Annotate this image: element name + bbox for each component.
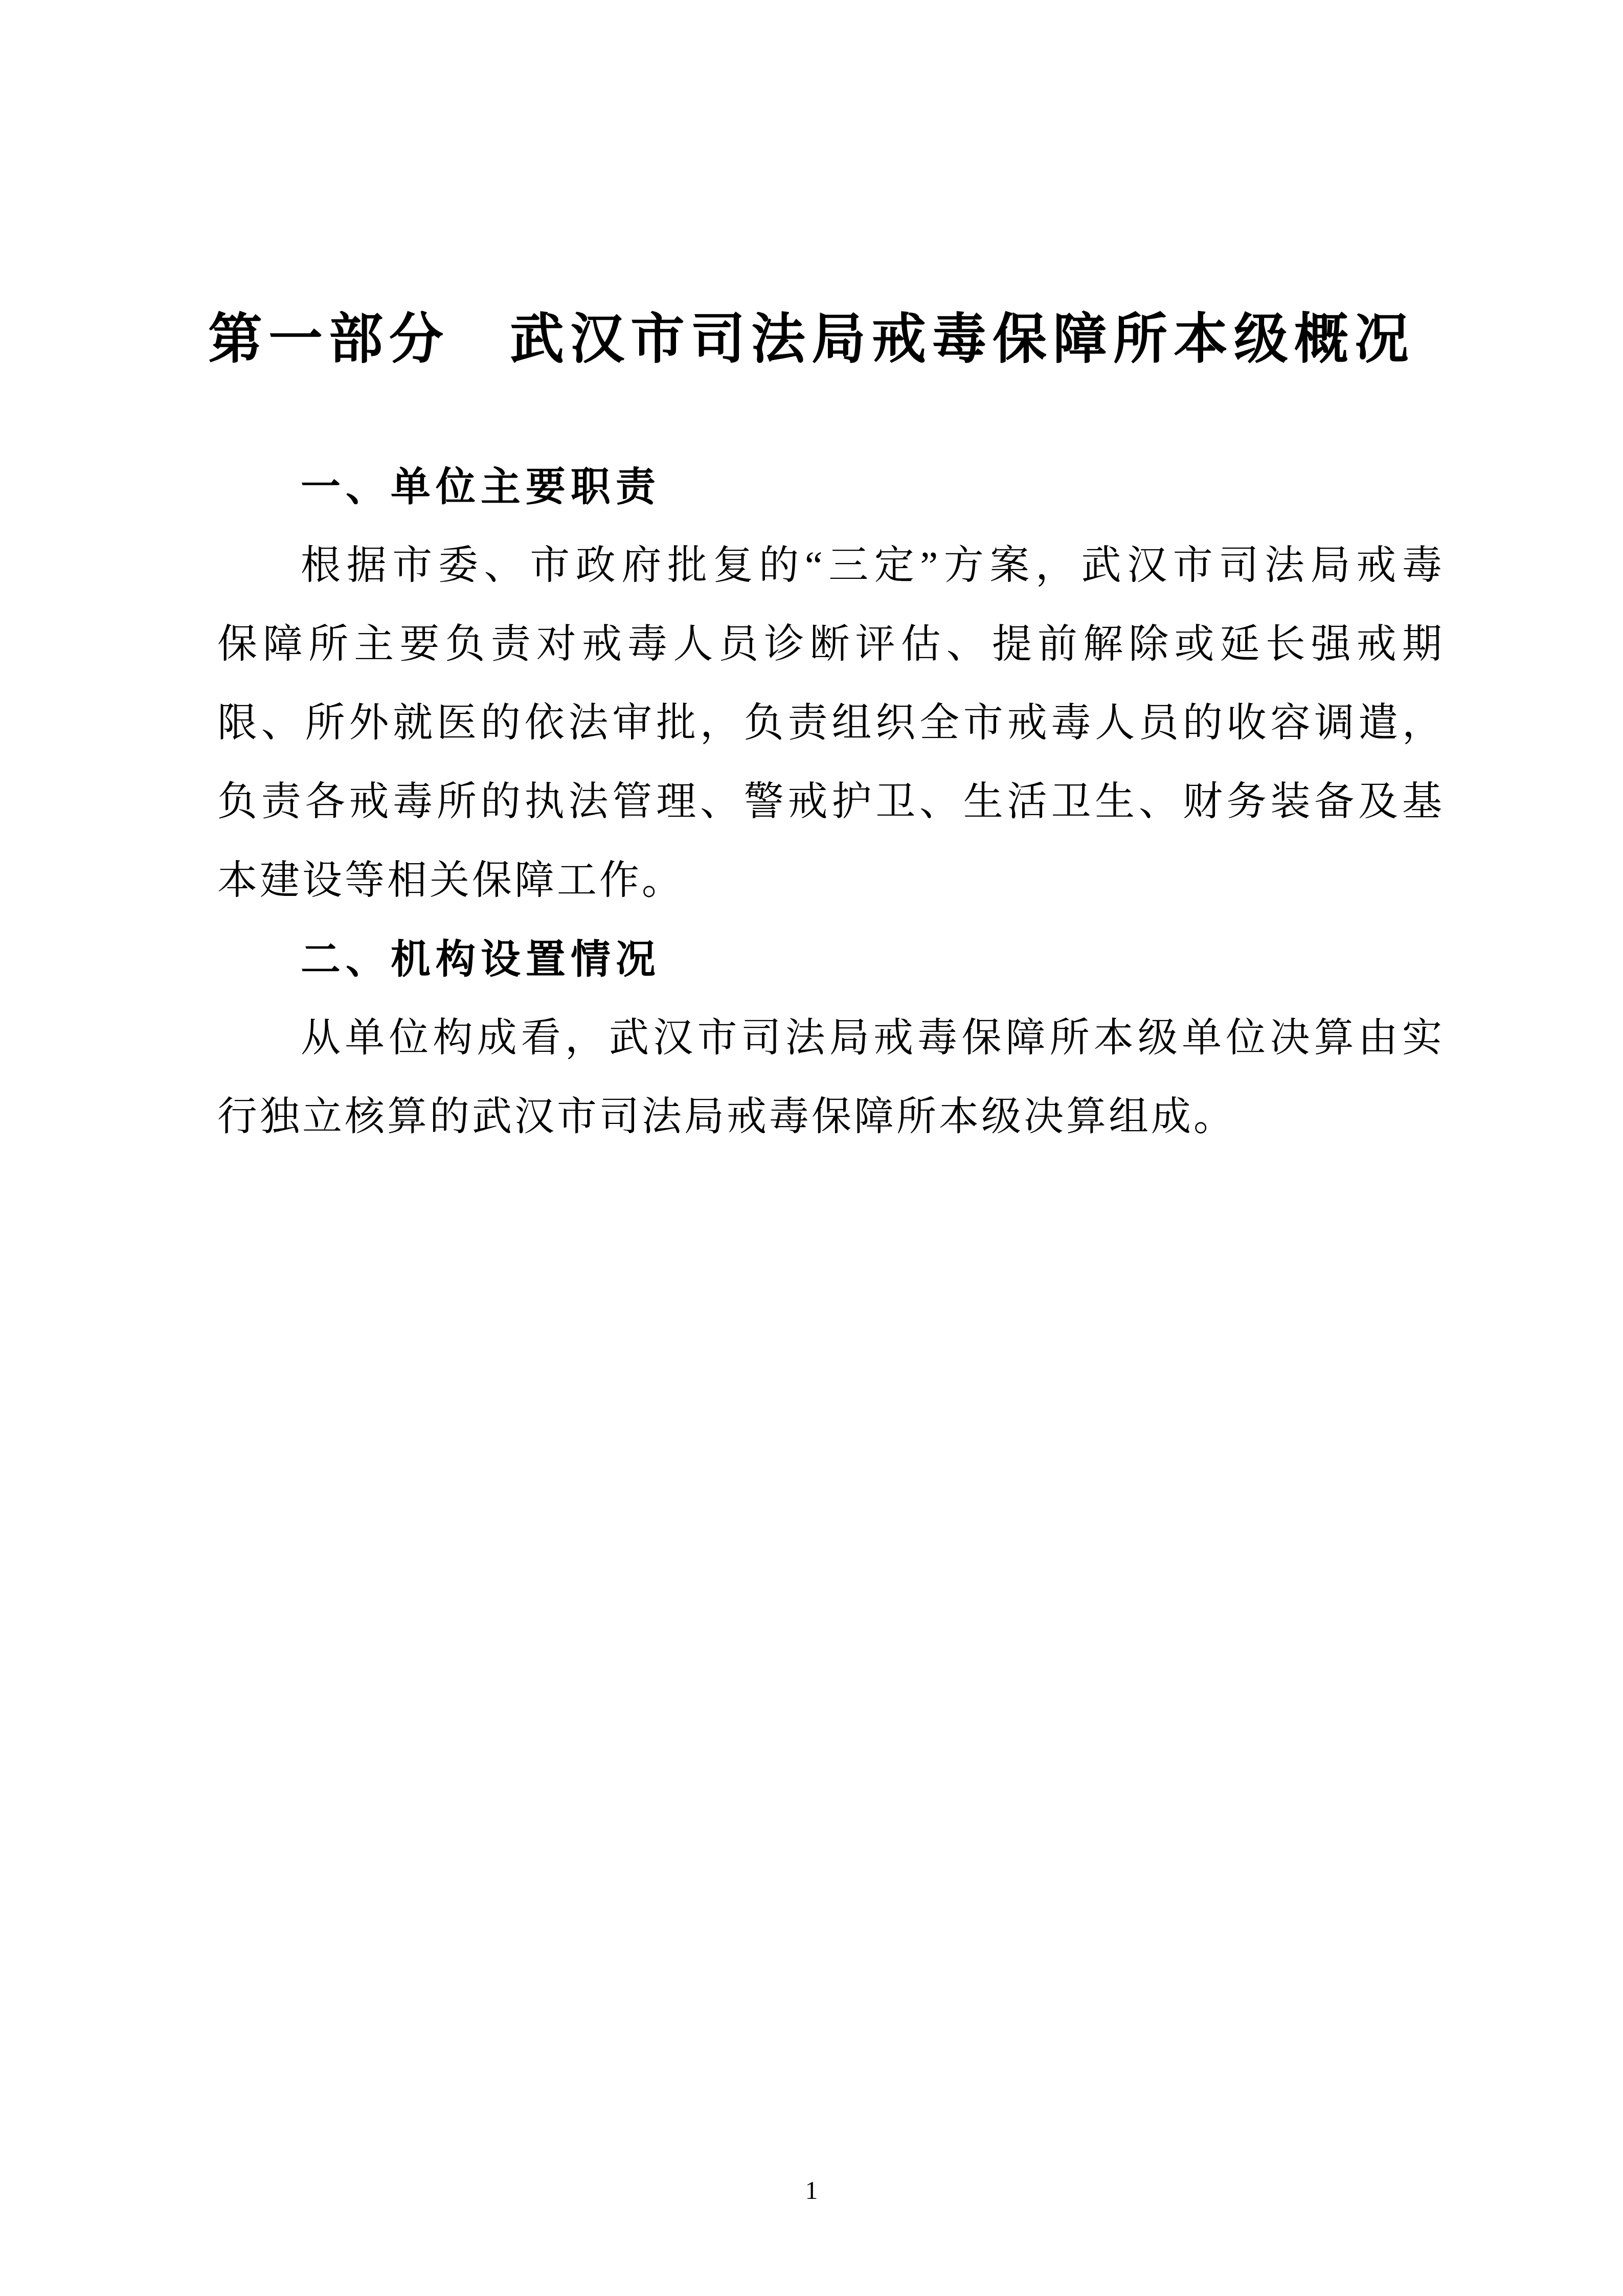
document-title: 第一部分 武汉市司法局戒毒保障所本级概况 (0, 290, 1623, 388)
paragraph-line: 本建设等相关保障工作。 (217, 841, 1445, 920)
section-heading: 二、机构设置情况 (217, 920, 1445, 999)
page-number: 1 (0, 2175, 1623, 2205)
paragraph-line: 限、所外就医的依法审批，负责组织全市戒毒人员的收容调遣， (217, 684, 1445, 762)
paragraph-line: 根据市委、市政府批复的“三定”方案，武汉市司法局戒毒 (217, 526, 1445, 605)
paragraph-line: 从单位构成看，武汉市司法局戒毒保障所本级单位决算由实 (217, 999, 1445, 1077)
paragraph-line: 保障所主要负责对戒毒人员诊断评估、提前解除或延长强戒期 (217, 605, 1445, 684)
paragraph-line: 负责各戒毒所的执法管理、警戒护卫、生活卫生、财务装备及基 (217, 762, 1445, 841)
section-heading: 一、单位主要职责 (217, 447, 1445, 526)
paragraph-line: 行独立核算的武汉市司法局戒毒保障所本级决算组成。 (217, 1077, 1445, 1156)
document-page: 第一部分 武汉市司法局戒毒保障所本级概况 一、单位主要职责根据市委、市政府批复的… (0, 0, 1623, 2296)
document-body: 一、单位主要职责根据市委、市政府批复的“三定”方案，武汉市司法局戒毒保障所主要负… (217, 447, 1445, 1156)
